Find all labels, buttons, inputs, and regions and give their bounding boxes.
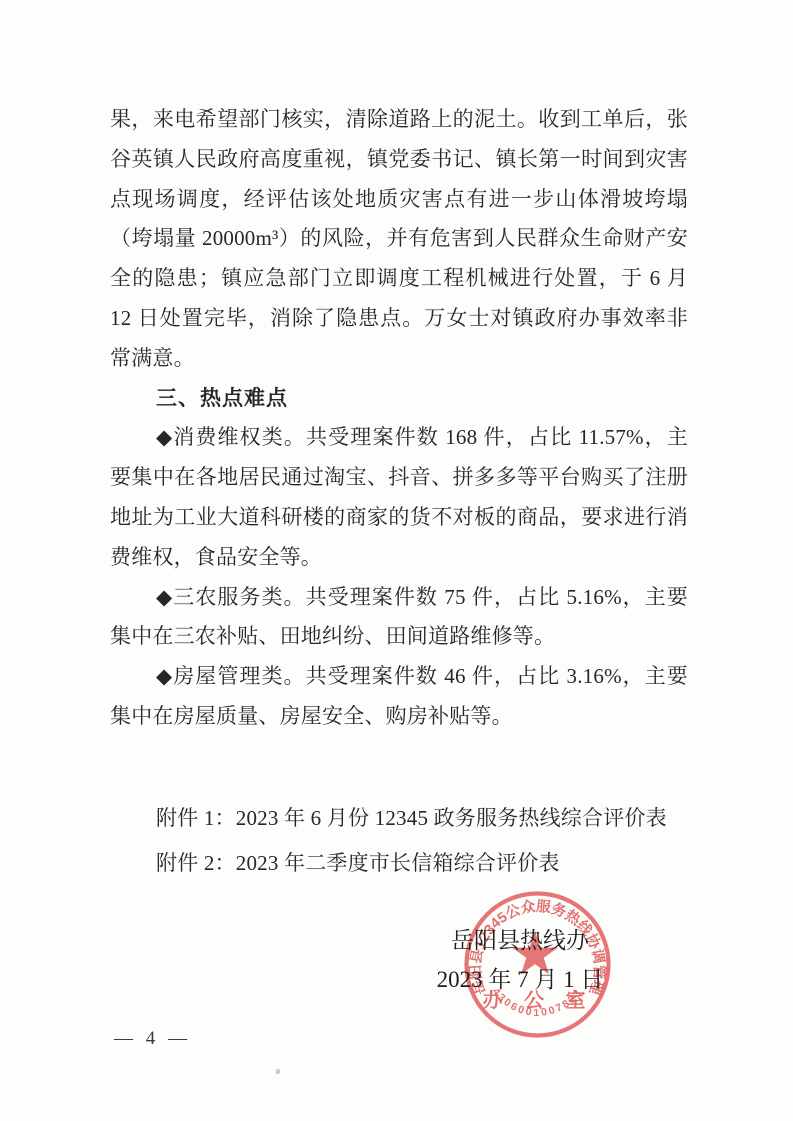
body-line: 谷英镇人民政府高度重视，镇党委书记、镇长第一时间到灾害 [110,140,688,180]
body-line: ◆消费维权类。共受理案件数 168 件，占比 11.57%，主 [110,418,688,458]
body-line: ◆三农服务类。共受理案件数 75 件，占比 5.16%，主要 [110,578,688,618]
body-line: 集中在房屋质量、房屋安全、购房补贴等。 [110,697,688,737]
document-page: 果，来电希望部门核实，清除道路上的泥土。收到工单后，张 谷英镇人民政府高度重视，… [0,0,793,1121]
body-line: 费维权，食品安全等。 [110,538,688,578]
section-heading: 三、热点难点 [110,379,688,419]
page-number: — 4 — [114,1028,191,1050]
body-line: 常满意。 [110,339,688,379]
signature-date: 2023 年 7 月 1 日 [408,960,632,999]
attachment-line: 附件 2：2023 年二季度市长信箱综合评价表 [110,841,688,886]
body-line: 果，来电希望部门核实，清除道路上的泥土。收到工单后，张 [110,100,688,140]
body-line: ◆房屋管理类。共受理案件数 46 件，占比 3.16%，主要 [110,657,688,697]
body-line: 地址为工业大道科研楼的商家的货不对板的商品，要求进行消 [110,498,688,538]
body-line: 点现场调度，经评估该处地质灾害点有进一步山体滑坡垮塌 [110,180,688,220]
signature-block: 岳阳县热线办 2023 年 7 月 1 日 [408,921,632,999]
document-body: 果，来电希望部门核实，清除道路上的泥土。收到工单后，张 谷英镇人民政府高度重视，… [110,100,688,737]
body-line: 全的隐患；镇应急部门立即调度工程机械进行处置，于 6 月 [110,259,688,299]
scan-artifact-dot [276,1069,280,1074]
attachment-line: 附件 1：2023 年 6 月份 12345 政务服务热线综合评价表 [110,796,688,841]
body-line: 12 日处置完毕，消除了隐患点。万女士对镇政府办事效率非 [110,299,688,339]
body-line: （垮塌量 20000m³）的风险，并有危害到人民群众生命财产安 [110,219,688,259]
attachment-list: 附件 1：2023 年 6 月份 12345 政务服务热线综合评价表 附件 2：… [110,796,688,885]
body-line: 要集中在各地居民通过淘宝、抖音、拼多多等平台购买了注册 [110,458,688,498]
body-line: 集中在三农补贴、田地纠纷、田间道路维修等。 [110,617,688,657]
signature-org: 岳阳县热线办 [408,921,632,960]
